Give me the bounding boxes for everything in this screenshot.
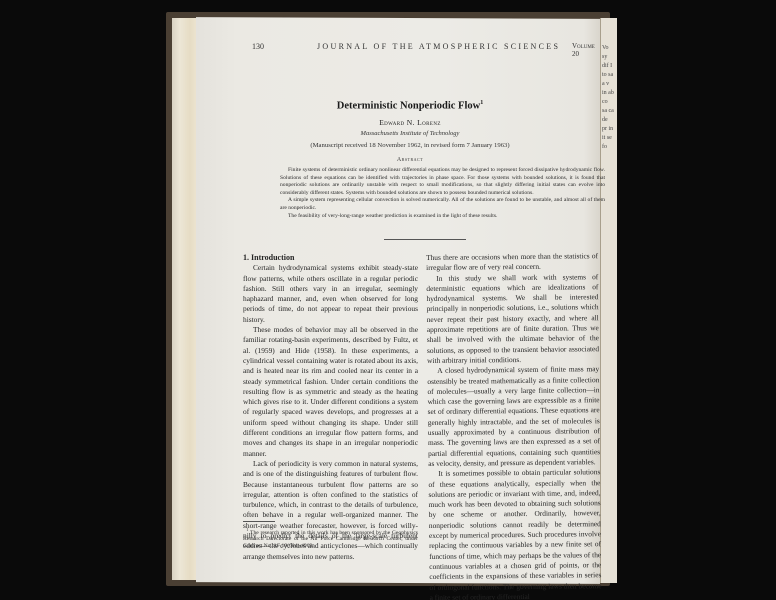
abstract: Finite systems of deterministic ordinary… [280, 167, 605, 220]
author: Edward N. Lorenz [260, 118, 560, 127]
article-title: Deterministic Nonperiodic Flow1 [260, 100, 560, 112]
article-title-text: Deterministic Nonperiodic Flow [337, 101, 480, 112]
paragraph: Certain hydrodynamical systems exhibit s… [243, 263, 418, 325]
right-column: Thus there are occasions when more than … [426, 251, 602, 600]
footnote-rule [243, 521, 275, 522]
journal-title: JOURNAL OF THE ATMOSPHERIC SCIENCES [317, 42, 560, 51]
affiliation: Massachusetts Institute of Technology [260, 130, 560, 137]
volume-label: Volume 20 [572, 42, 600, 58]
footnote-text: The research reported in this work has b… [243, 530, 418, 549]
section-divider [384, 239, 466, 240]
left-column: 1. Introduction Certain hydrodynamical s… [243, 253, 418, 562]
received-date: (Manuscript received 18 November 1962, i… [240, 142, 580, 149]
facing-page-text: Vo sy dif I to sa a v in ab co sa ca de … [602, 44, 614, 444]
footnote-mark: 1 [246, 527, 248, 532]
paragraph: These modes of behavior may all be obser… [243, 325, 418, 459]
paragraph: In this study we shall work with systems… [426, 272, 599, 366]
paragraph: A closed hydrodynamical system of finite… [427, 364, 600, 469]
abstract-paragraph: Finite systems of deterministic ordinary… [280, 167, 605, 197]
footnote: 1 The research reported in this work has… [243, 527, 418, 550]
section-heading: 1. Introduction [243, 253, 418, 263]
paragraph: Thus there are occasions when more than … [426, 251, 598, 273]
abstract-paragraph: A simple system representing cellular co… [280, 197, 605, 212]
abstract-heading: Abstract [260, 157, 560, 163]
abstract-paragraph: The feasibility of very-long-range weath… [280, 213, 605, 221]
page-number: 130 [252, 42, 264, 51]
title-footnote-mark: 1 [480, 100, 483, 106]
paragraph: It is sometimes possible to obtain parti… [428, 467, 601, 600]
